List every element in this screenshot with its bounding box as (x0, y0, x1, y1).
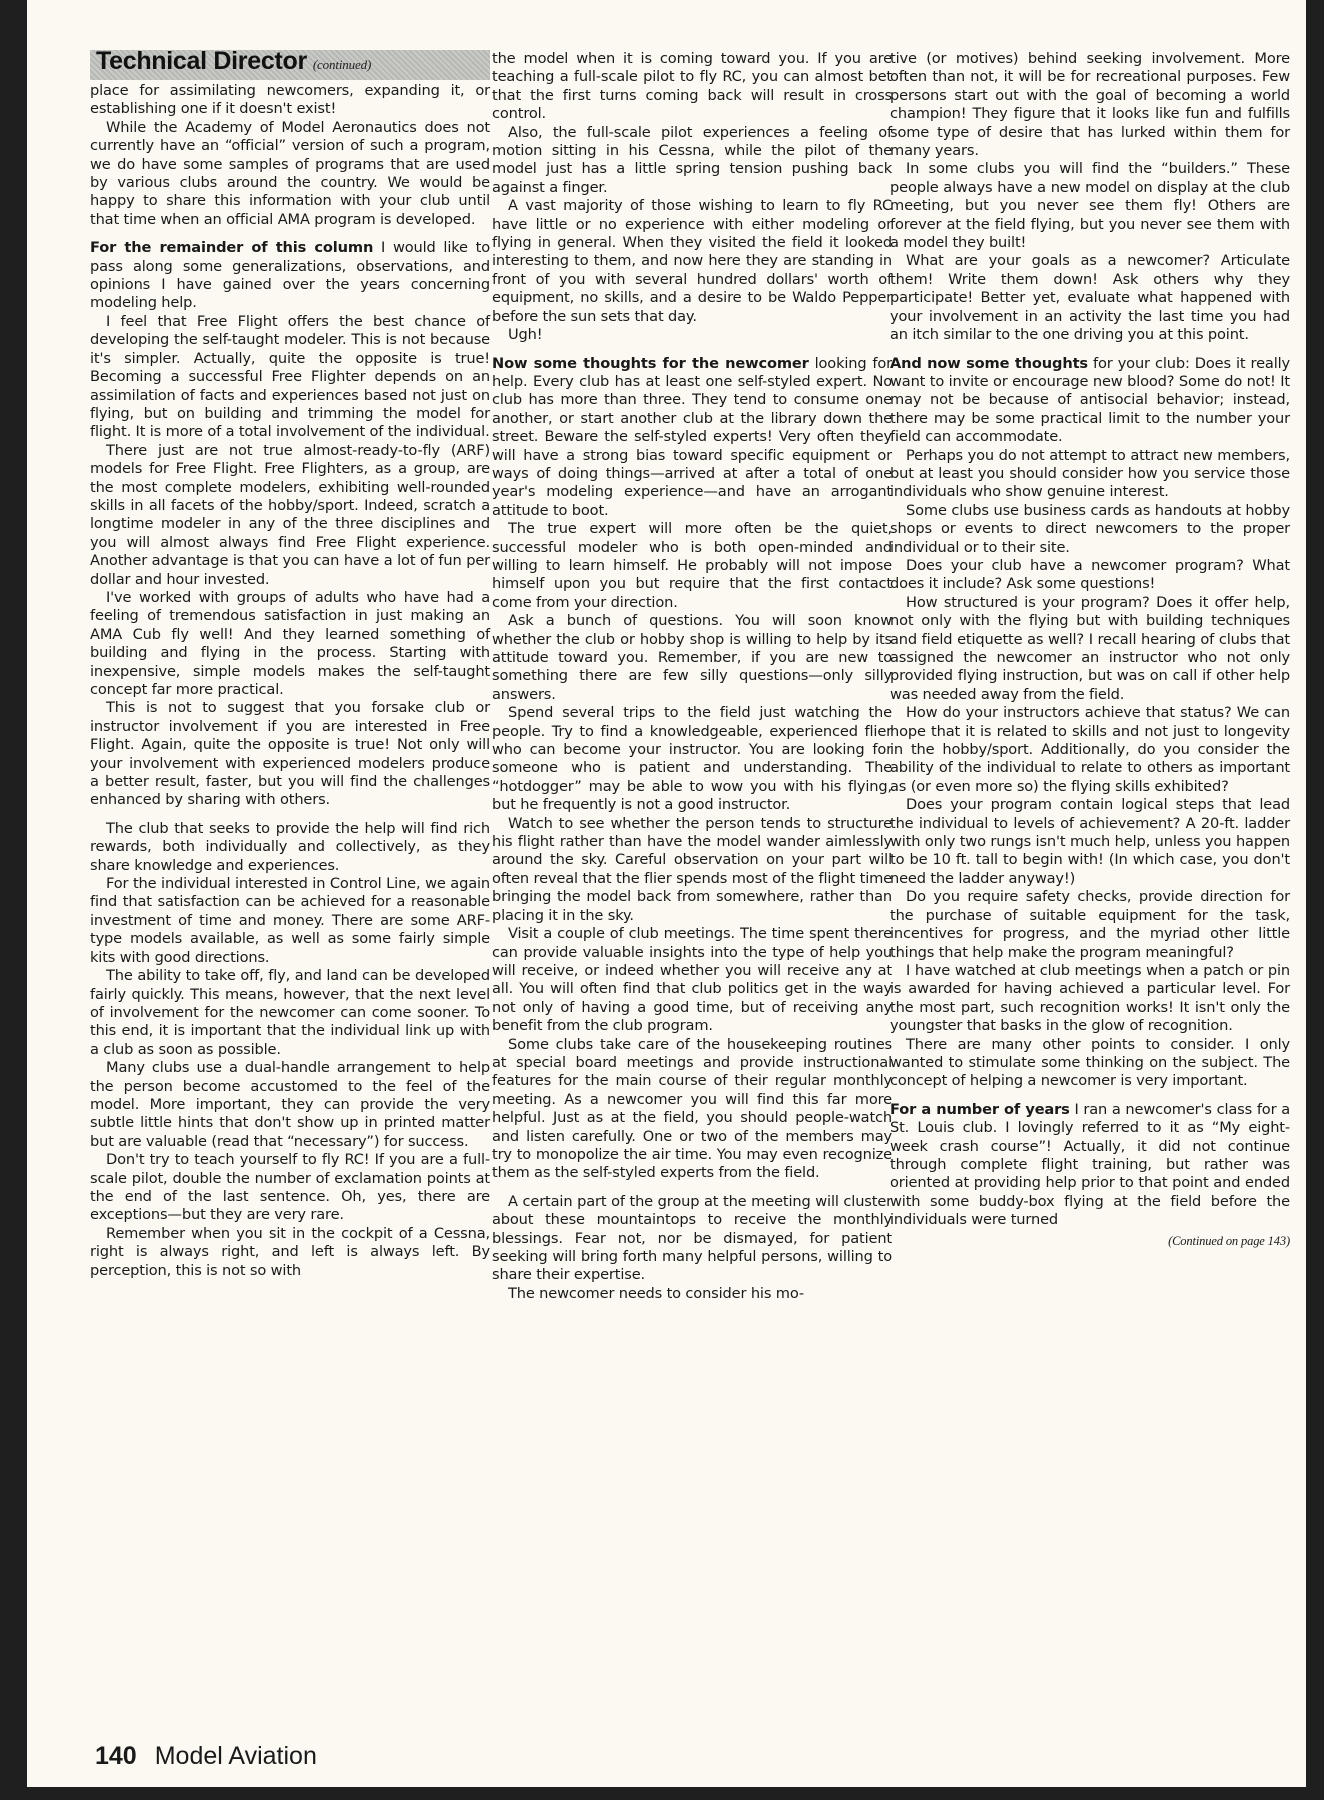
article-paragraph: There are many other points to consider.… (890, 1036, 1290, 1091)
continued-note: (Continued on page 143) (890, 1232, 1290, 1250)
paragraph-text: Does your club have a newcomer program? … (890, 557, 1290, 592)
paragraph-text: I've worked with groups of adults who ha… (90, 589, 490, 698)
paragraph-text: I have watched at club meetings when a p… (890, 962, 1290, 1034)
article-paragraph: Remember when you sit in the cockpit of … (90, 1225, 490, 1280)
column-1-body: place for assimilating newcomers, expand… (90, 82, 490, 1280)
paragraph-text: The true expert will more often be the q… (492, 520, 892, 611)
article-paragraph: For the individual interested in Control… (90, 875, 490, 967)
article-paragraph: Visit a couple of club meetings. The tim… (492, 925, 892, 1035)
paragraph-text: In some clubs you will find the “builder… (890, 160, 1290, 251)
paragraph-text: Remember when you sit in the cockpit of … (90, 1225, 490, 1279)
article-paragraph: For the remainder of this column I would… (90, 239, 490, 313)
paragraph-text: Do you require safety checks, provide di… (890, 888, 1290, 960)
paragraph-text: Don't try to teach yourself to fly RC! I… (90, 1151, 490, 1223)
paragraph-text: looking for help. Every club has at leas… (492, 355, 892, 519)
paragraph-text: Spend several trips to the field just wa… (492, 704, 892, 813)
article-paragraph: I've worked with groups of adults who ha… (90, 589, 490, 699)
article-paragraph: Do you require safety checks, provide di… (890, 888, 1290, 962)
article-paragraph: Ugh! (492, 326, 892, 344)
paragraph-text: For the individual interested in Control… (90, 875, 490, 966)
article-paragraph: Does your program contain logical steps … (890, 796, 1290, 888)
column-3-body: tive (or motives) behind seeking involve… (890, 50, 1290, 1230)
article-paragraph: This is not to suggest that you forsake … (90, 699, 490, 809)
paragraph-text: I feel that Free Flight offers the best … (90, 313, 490, 440)
page-number: 140 (95, 1742, 137, 1770)
paragraph-text: A vast majority of those wishing to lear… (492, 197, 892, 324)
paragraph-text: This is not to suggest that you forsake … (90, 699, 490, 808)
article-paragraph: I feel that Free Flight offers the best … (90, 313, 490, 442)
paragraph-text: the model when it is coming toward you. … (492, 50, 892, 122)
paragraph-text: tive (or motives) behind seeking involve… (890, 50, 1290, 159)
article-paragraph: In some clubs you will find the “builder… (890, 160, 1290, 252)
paragraph-text: The newcomer needs to consider his mo- (508, 1285, 804, 1302)
article-paragraph: the model when it is coming toward you. … (492, 50, 892, 124)
article-paragraph: While the Academy of Model Aeronautics d… (90, 119, 490, 229)
article-paragraph: Some clubs use business cards as handout… (890, 502, 1290, 557)
article-paragraph: Don't try to teach yourself to fly RC! I… (90, 1151, 490, 1225)
paragraph-text: Some clubs use business cards as handout… (890, 502, 1290, 556)
paragraph-text: What are your goals as a newcomer? Artic… (890, 252, 1290, 343)
article-paragraph: And now some thoughts for your club: Doe… (890, 355, 1290, 447)
article-column-1: Technical Director(continued) place for … (90, 50, 490, 1280)
paragraph-lead-in: Now some thoughts for the newcomer (492, 355, 809, 372)
article-paragraph: Many clubs use a dual-handle arrangement… (90, 1059, 490, 1151)
article-paragraph: How structured is your program? Does it … (890, 594, 1290, 704)
article-paragraph: place for assimilating newcomers, expand… (90, 82, 490, 119)
paragraph-text: How do your instructors achieve that sta… (890, 704, 1290, 795)
paragraph-text: Does your program contain logical steps … (890, 796, 1290, 887)
paragraph-text: The ability to take off, fly, and land c… (90, 967, 490, 1058)
paragraph-text: Also, the full-scale pilot experiences a… (492, 124, 892, 196)
paragraph-text: Some clubs take care of the housekeeping… (492, 1036, 892, 1182)
article-paragraph: A vast majority of those wishing to lear… (492, 197, 892, 326)
article-paragraph: tive (or motives) behind seeking involve… (890, 50, 1290, 160)
paragraph-lead-in: For a number of years (890, 1101, 1070, 1118)
paragraph-text: Visit a couple of club meetings. The tim… (492, 925, 892, 1034)
article-paragraph: There just are not true almost-ready-to-… (90, 442, 490, 589)
paragraph-text: There are many other points to consider.… (890, 1036, 1290, 1090)
article-paragraph: Watch to see whether the person tends to… (492, 815, 892, 925)
article-paragraph: The newcomer needs to consider his mo- (492, 1285, 892, 1303)
article-paragraph: Does your club have a newcomer program? … (890, 557, 1290, 594)
article-paragraph: Also, the full-scale pilot experiences a… (492, 124, 892, 198)
paragraph-text: Watch to see whether the person tends to… (492, 815, 892, 924)
article-column-3: tive (or motives) behind seeking involve… (890, 50, 1290, 1250)
section-header: Technical Director(continued) (90, 50, 490, 80)
article-paragraph: Spend several trips to the field just wa… (492, 704, 892, 814)
paragraph-text: Many clubs use a dual-handle arrangement… (90, 1059, 490, 1150)
paragraph-text: Ask a bunch of questions. You will soon … (492, 612, 892, 703)
paragraph-text: place for assimilating newcomers, expand… (90, 82, 490, 117)
magazine-page: Technical Director(continued) place for … (27, 0, 1306, 1787)
paragraph-text: The club that seeks to provide the help … (90, 820, 490, 874)
article-paragraph: I have watched at club meetings when a p… (890, 962, 1290, 1036)
paragraph-lead-in: And now some thoughts (890, 355, 1088, 372)
paragraph-text: While the Academy of Model Aeronautics d… (90, 119, 490, 228)
article-paragraph: The true expert will more often be the q… (492, 520, 892, 612)
paragraph-text: There just are not true almost-ready-to-… (90, 442, 490, 588)
article-paragraph: Ask a bunch of questions. You will soon … (492, 612, 892, 704)
article-paragraph: A certain part of the group at the meeti… (492, 1193, 892, 1285)
publication-name: Model Aviation (155, 1742, 317, 1770)
article-paragraph: Some clubs take care of the housekeeping… (492, 1036, 892, 1183)
article-paragraph: For a number of years I ran a newcomer's… (890, 1101, 1290, 1230)
article-paragraph: The club that seeks to provide the help … (90, 820, 490, 875)
paragraph-lead-in: For the remainder of this column (90, 239, 373, 256)
paragraph-text: I ran a newcomer's class for a St. Louis… (890, 1101, 1290, 1228)
paragraph-text: Perhaps you do not attempt to attract ne… (890, 447, 1290, 501)
page-footer: 140Model Aviation (95, 1742, 317, 1771)
article-paragraph: Perhaps you do not attempt to attract ne… (890, 447, 1290, 502)
paragraph-text: A certain part of the group at the meeti… (492, 1193, 892, 1284)
paragraph-text: Ugh! (508, 326, 542, 343)
paragraph-text: How structured is your program? Does it … (890, 594, 1290, 703)
article-paragraph: How do your instructors achieve that sta… (890, 704, 1290, 796)
column-2-body: the model when it is coming toward you. … (492, 50, 892, 1303)
section-title: Technical Director (96, 47, 307, 75)
article-paragraph: Now some thoughts for the newcomer looki… (492, 355, 892, 521)
article-paragraph: What are your goals as a newcomer? Artic… (890, 252, 1290, 344)
article-column-2: the model when it is coming toward you. … (492, 50, 892, 1303)
article-paragraph: The ability to take off, fly, and land c… (90, 967, 490, 1059)
section-subtitle: (continued) (313, 57, 371, 72)
